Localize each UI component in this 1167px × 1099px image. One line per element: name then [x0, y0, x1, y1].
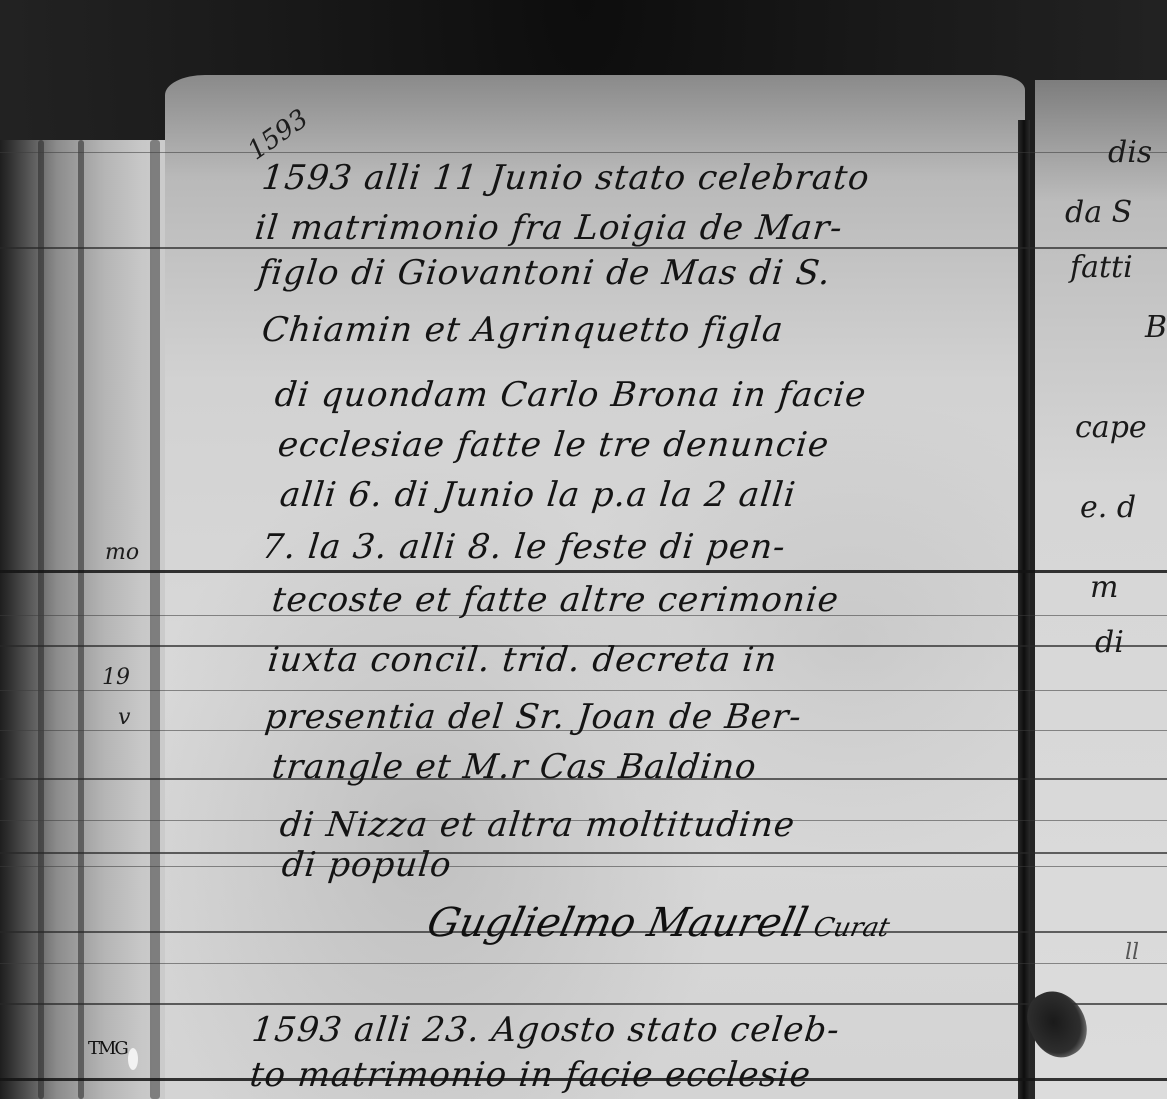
archive-stamp: TMG — [88, 1038, 158, 1078]
entry-line: to matrimonio in facie ecclesie — [248, 1055, 813, 1095]
paper-hole — [128, 1048, 138, 1070]
entry-line: presentia del Sr. Joan de Ber- — [263, 697, 804, 737]
entry-line: iuxta concil. trid. decreta in — [266, 640, 780, 680]
curate-signature: Guglielmo MaurellCurat — [423, 900, 895, 946]
fragment: da S — [1065, 195, 1132, 230]
margin-note: 19 — [102, 665, 130, 690]
entry-line: di Nizza et altra moltitudine — [278, 805, 797, 845]
ruled-line — [0, 570, 1167, 573]
entry-line: ecclesiae fatte le tre denuncie — [276, 425, 831, 465]
margin-note: mo — [105, 540, 139, 565]
entry-line: 1593 alli 23. Agosto stato celeb- — [250, 1010, 842, 1050]
binding-stripe — [78, 140, 84, 1099]
column-divider-line — [1018, 120, 1030, 1099]
fragment: dis — [1108, 135, 1152, 170]
ruled-line — [0, 1003, 1167, 1005]
ruled-line — [0, 852, 1167, 854]
fragment: B — [1145, 310, 1167, 345]
entry-line: Chiamin et Agrinquetto figla — [260, 310, 786, 350]
binding-stripe — [38, 140, 44, 1099]
fragment: m — [1090, 570, 1118, 605]
fragment: fatti — [1070, 250, 1133, 285]
fragment: di — [1095, 625, 1124, 660]
fragment: e. d — [1080, 490, 1136, 525]
fragment: ll — [1125, 940, 1139, 965]
entry-line: il matrimonio fra Loigia de Mar- — [253, 208, 845, 248]
document-photo: 1593 1593 alli 11 Junio stato celebrato … — [0, 0, 1167, 1099]
ruled-line — [0, 866, 1167, 867]
entry-line: 1593 alli 11 Junio stato celebrato — [260, 158, 872, 198]
ruled-line — [0, 963, 1167, 964]
ruled-line — [0, 152, 1167, 153]
ruled-line — [0, 690, 1167, 691]
fragment: cape — [1075, 410, 1147, 445]
entry-line: alli 6. di Junio la p.a la 2 alli — [278, 475, 798, 515]
entry-line: di populo — [280, 845, 454, 885]
signature-name: Guglielmo Maurell — [423, 900, 812, 946]
entry-line: tecoste et fatte altre cerimonie — [270, 580, 841, 620]
entry-line: 7. la 3. alli 8. le feste di pen- — [260, 527, 788, 567]
margin-note: v — [118, 705, 130, 730]
signature-title: Curat — [811, 913, 892, 943]
entry-line: figlo di Giovantoni de Mas di S. — [256, 253, 833, 293]
book-binding-edge — [0, 140, 190, 1099]
binding-stripe — [150, 140, 160, 1099]
entry-line: trangle et M.r Cas Baldino — [270, 747, 759, 787]
entry-line: di quondam Carlo Brona in facie — [273, 375, 869, 415]
